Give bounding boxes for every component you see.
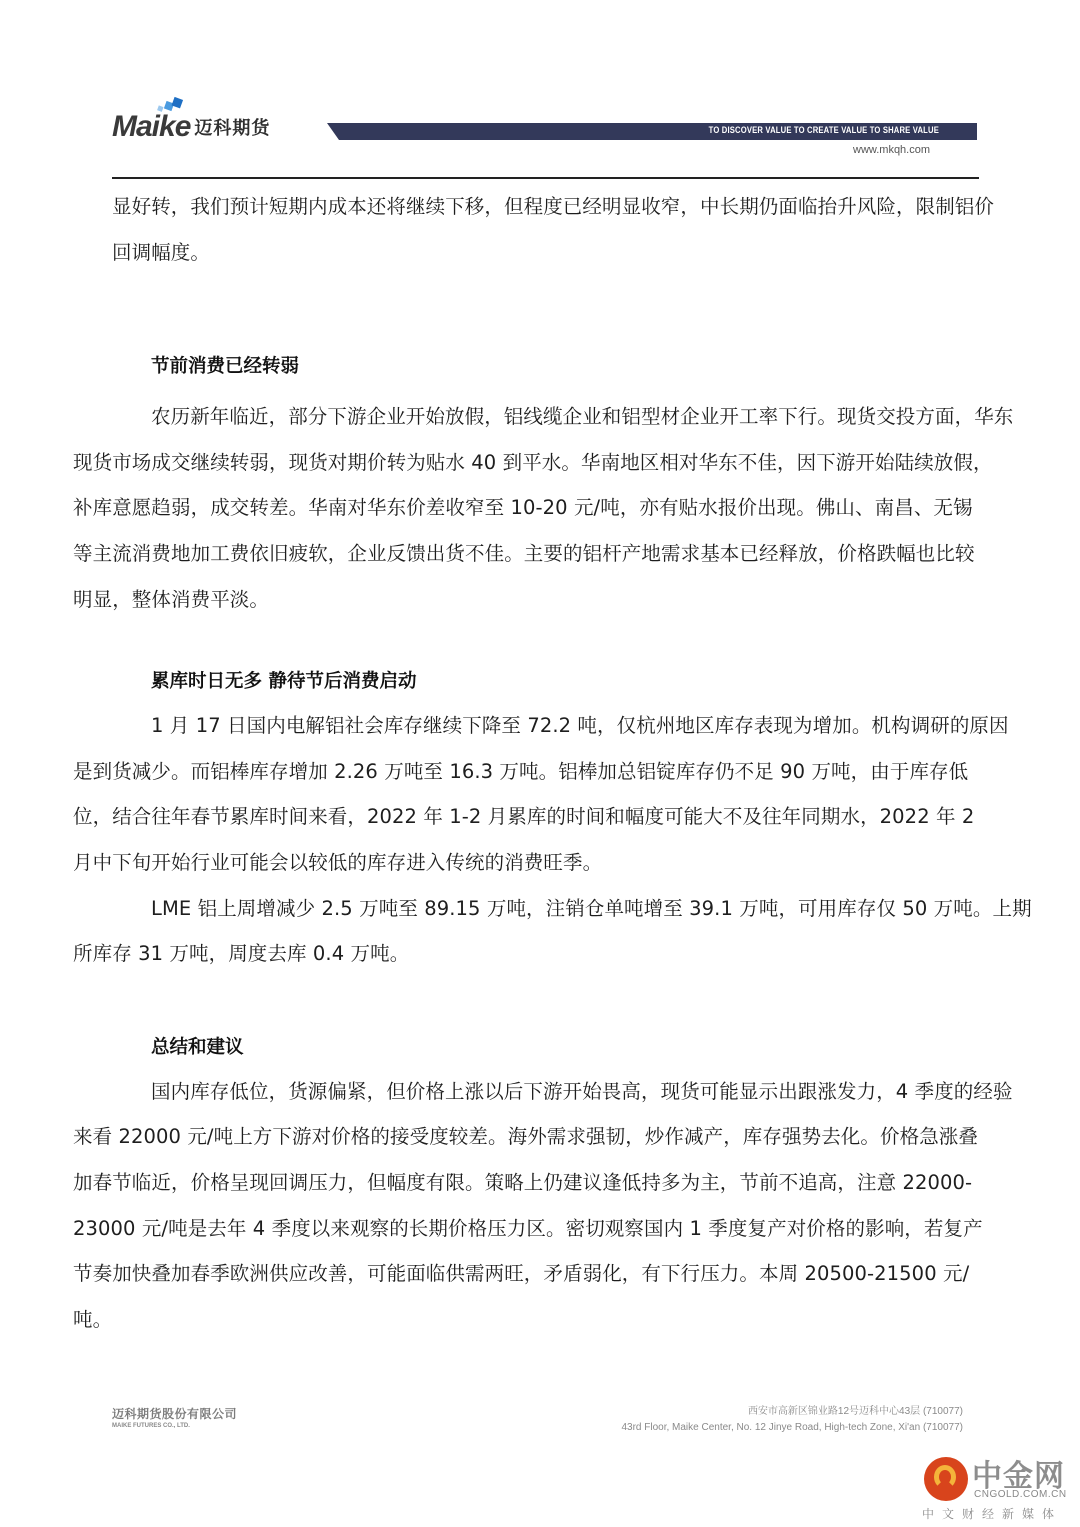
- header-divider: [112, 177, 979, 179]
- text-line: 补库意愿趋弱，成交转差。华南对华东价差收窄至 10-20 元/吨，亦有贴水报价出…: [112, 485, 978, 531]
- company-name-cn: 迈科期货股份有限公司: [112, 1405, 237, 1422]
- website-url: www.mkqh.com: [853, 144, 930, 156]
- cngold-swirl-icon: [934, 1465, 956, 1489]
- text-line: 是到货减少。而铝棒库存增加 2.26 万吨至 16.3 万吨。铝棒加总铝锭库存仍…: [112, 749, 978, 795]
- company-name-en: MAIKE FUTURES CO., LTD.: [112, 1423, 237, 1429]
- text-line: 来看 22000 元/吨上方下游对价格的接受度较差。海外需求强韧，炒作减产，库存…: [112, 1114, 978, 1160]
- intro-paragraph: 显好转，我们预计短期内成本还将继续下移，但程度已经明显收窄，中长期仍面临抬升风险…: [112, 184, 978, 275]
- maike-logo: Maike 迈科期货: [112, 100, 270, 144]
- cngold-watermark: 中金网 CNGOLD.COM.CN 中文财经新媒体: [922, 1449, 1072, 1521]
- text-line: 现货市场成交继续转弱，现货对期价转为贴水 40 到平水。华南地区相对华东不佳，因…: [112, 440, 978, 486]
- slogan-band: TO DISCOVER VALUE TO CREATE VALUE TO SHA…: [327, 123, 977, 140]
- section-paragraph: LME 铝上周增减少 2.5 万吨至 89.15 万吨，注销仓单吨增至 39.1…: [112, 886, 978, 977]
- text-line: 节奏加快叠加春季欧洲供应改善，可能面临供需两旺，矛盾弱化，有下行压力。本周 20…: [112, 1251, 978, 1297]
- text-line: 月中下旬开始行业可能会以较低的库存进入传统的消费旺季。: [112, 840, 978, 886]
- text-line: 等主流消费地加工费依旧疲软，企业反馈出货不佳。主要的铝杆产地需求基本已经释放，价…: [112, 531, 978, 577]
- address-en: 43rd Floor, Maike Center, No. 12 Jinye R…: [621, 1420, 963, 1436]
- footer-address: 西安市高新区锦业路12号迈科中心43层 (710077) 43rd Floor,…: [621, 1404, 963, 1436]
- text-line: 回调幅度。: [112, 230, 978, 276]
- section-heading: 累库时日无多 静待节后消费启动: [112, 667, 978, 697]
- document-body: 显好转，我们预计短期内成本还将继续下移，但程度已经明显收窄，中长期仍面临抬升风险…: [112, 190, 978, 1342]
- section-heading: 节前消费已经转弱: [112, 352, 978, 382]
- text-line: 显好转，我们预计短期内成本还将继续下移，但程度已经明显收窄，中长期仍面临抬升风险…: [112, 184, 978, 230]
- logo-cubes-icon: [156, 96, 186, 116]
- text-line: 明显，整体消费平淡。: [112, 577, 978, 623]
- section-paragraph: 国内库存低位，货源偏紧，但价格上涨以后下游开始畏高，现货可能显示出跟涨发力，4 …: [112, 1069, 978, 1343]
- text-line: 加春节临近，价格呈现回调压力，但幅度有限。策略上仍建议逢低持多为主，节前不追高，…: [112, 1160, 978, 1206]
- section-paragraph: 农历新年临近，部分下游企业开始放假，铝线缆企业和铝型材企业开工率下行。现货交投方…: [112, 394, 978, 622]
- text-line: 国内库存低位，货源偏紧，但价格上涨以后下游开始畏高，现货可能显示出跟涨发力，4 …: [112, 1069, 978, 1115]
- text-line: 农历新年临近，部分下游企业开始放假，铝线缆企业和铝型材企业开工率下行。现货交投方…: [112, 394, 978, 440]
- section-paragraph: 1 月 17 日国内电解铝社会库存继续下降至 72.2 吨，仅杭州地区库存表现为…: [112, 703, 978, 885]
- footer-company: 迈科期货股份有限公司 MAIKE FUTURES CO., LTD.: [112, 1405, 237, 1429]
- logo-chinese-text: 迈科期货: [194, 114, 270, 144]
- watermark-tagline: 中文财经新媒体: [922, 1505, 1062, 1522]
- text-line: 位，结合往年春节累库时间来看，2022 年 1-2 月累库的时间和幅度可能大不及…: [112, 794, 978, 840]
- slogan-text: TO DISCOVER VALUE TO CREATE VALUE TO SHA…: [709, 125, 939, 135]
- text-line: 所库存 31 万吨，周度去库 0.4 万吨。: [112, 931, 978, 977]
- section-heading: 总结和建议: [112, 1033, 978, 1063]
- watermark-domain: CNGOLD.COM.CN: [974, 1489, 1067, 1500]
- text-line: 吨。: [112, 1297, 978, 1343]
- text-line: 1 月 17 日国内电解铝社会库存继续下降至 72.2 吨，仅杭州地区库存表现为…: [112, 703, 978, 749]
- page-header: Maike 迈科期货 TO DISCOVER VALUE TO CREATE V…: [0, 0, 1080, 180]
- address-cn: 西安市高新区锦业路12号迈科中心43层 (710077): [621, 1404, 963, 1420]
- text-line: 23000 元/吨是去年 4 季度以来观察的长期价格压力区。密切观察国内 1 季…: [112, 1206, 978, 1252]
- text-line: LME 铝上周增减少 2.5 万吨至 89.15 万吨，注销仓单吨增至 39.1…: [112, 886, 978, 932]
